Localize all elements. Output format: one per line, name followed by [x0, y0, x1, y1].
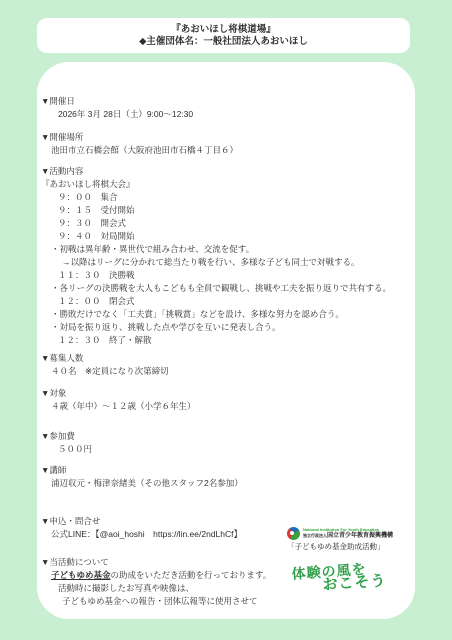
title-box: 『あおいほし将棋道場』 ◆主催団体名：一般社団法人あおいほし — [37, 18, 410, 53]
organizer-line: ◆主催団体名：一般社団法人あおいほし — [139, 36, 308, 48]
schedule-line: ９：４０ 対局開始 — [41, 230, 409, 243]
niye-japanese-name: 独立行政法人国立青少年教育振興機構 — [303, 532, 393, 540]
schedule-note: ・勝敗だけでなく「工夫賞」「挑戦賞」などを設け、多様な努力を認め合う。 — [41, 308, 409, 321]
niye-org-prefix: 独立行政法人 — [303, 533, 327, 538]
date-section-label: ▼開催日 — [41, 95, 409, 108]
schedule-note: ・初戦は異年齢・異世代で組み合わせ、交流を促す。 — [41, 243, 409, 256]
schedule-note: →以降はリーグに分かれて総当たり戦を行い、多様な子ども同士で対戦する。 — [41, 256, 409, 269]
niye-org-name: 国立青少年教育振興機構 — [327, 533, 393, 539]
schedule-line: １２：００ 閉会式 — [41, 295, 409, 308]
flyer-page: { "page": { "bg_color": "#c9efd2", "card… — [0, 0, 452, 640]
instructor-value: 浦辺収元・梅津奈緒美（その他スタッフ2名参加） — [41, 477, 409, 490]
schedule-note: ・各リーグの決勝戦を大人もこどもも全員で観戦し、挑戦や工夫を振り返りで共有する。 — [41, 282, 409, 295]
fund-program-label: 「子どもゆめ基金助成活動」 — [287, 541, 422, 552]
schedule-line: １１：３０ 決勝戦 — [41, 269, 409, 282]
fee-value: ５００円 — [41, 443, 409, 456]
schedule-line: ９：１５ 受付開始 — [41, 204, 409, 217]
schedule-line: ９：００ 集合 — [41, 191, 409, 204]
date-value: 2026年 3月 28日（土）9:00～12:30 — [41, 108, 409, 121]
about-line1-rest: の助成をいただき活動を行っております。 — [111, 570, 272, 580]
niye-logo-row: National Institution For Youth Education… — [287, 527, 422, 540]
about-line3: 子どもゆめ基金への報告・団体広報等に使用させて — [41, 595, 409, 608]
niye-logo-icon — [287, 527, 300, 540]
flyer-title: 『あおいほし将棋道場』 — [171, 24, 276, 36]
recruit-value: ４０名 ※定員になり次第締切 — [41, 365, 409, 378]
kodomo-yume-fund-text: 子どもゆめ基金 — [51, 570, 111, 580]
schedule-line: １２：３０ 終了・解散 — [41, 334, 409, 347]
target-section-label: ▼対象 — [41, 387, 409, 400]
recruit-section-label: ▼募集人数 — [41, 352, 409, 365]
activity-section-label: ▼活動内容 — [41, 165, 409, 178]
place-section-label: ▼開催場所 — [41, 131, 409, 144]
instructor-section-label: ▼講師 — [41, 464, 409, 477]
fee-section-label: ▼参加費 — [41, 430, 409, 443]
schedule-note: ・対局を振り返り、挑戦した点や学びを互いに発表し合う。 — [41, 321, 409, 334]
target-value: ４歳（年中）～１２歳（小学６年生） — [41, 400, 409, 413]
niye-logo-block: National Institution For Youth Education… — [287, 527, 422, 552]
niye-logo-texts: National Institution For Youth Education… — [303, 527, 393, 540]
schedule-line: ９：３０ 開会式 — [41, 217, 409, 230]
activity-title: 『あおいほし将棋大会』 — [41, 178, 409, 191]
place-value: 池田市立石橋会館（大阪府池田市石橋４丁目６） — [41, 144, 409, 157]
